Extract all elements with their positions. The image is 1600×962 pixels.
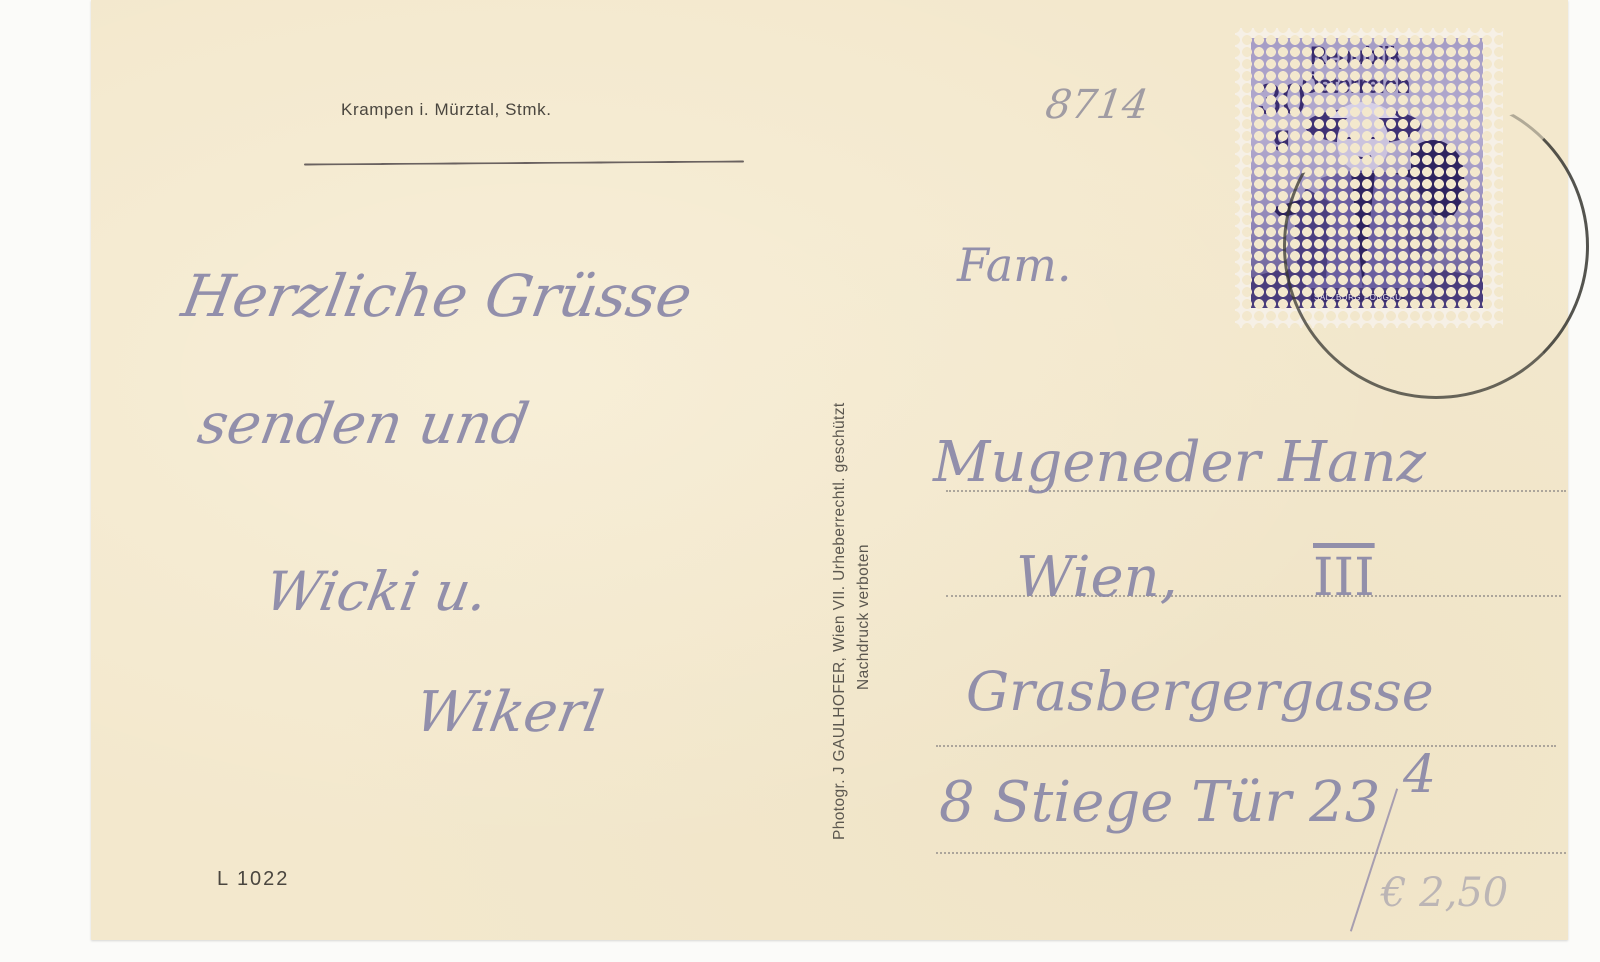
- message-line-1: Herzliche Grüsse: [177, 262, 697, 330]
- publisher-credit-line2: Nachdruck verboten: [855, 402, 873, 840]
- place-caption: Krampen i. Mürztal, Stmk.: [341, 100, 552, 120]
- message-line-2: senden und: [193, 392, 533, 457]
- postcard-back: Krampen i. Mürztal, Stmk. L 1022 Photogr…: [91, 0, 1568, 940]
- message-signature: Wikerl: [410, 680, 608, 745]
- caption-divider-line: [304, 160, 744, 165]
- reference-number: 8714: [1043, 82, 1151, 128]
- publisher-credit-line1: Photogr. J GAULHOFER, Wien VII. Urheberr…: [831, 402, 848, 840]
- address-street: Grasbergergasse: [966, 660, 1434, 723]
- price-note: € 2,50: [1381, 870, 1508, 916]
- address-district: III: [1313, 548, 1375, 608]
- card-number: L 1022: [217, 868, 289, 891]
- address-dotted-line: [936, 745, 1556, 747]
- message-line-3: Wicki u.: [260, 560, 492, 623]
- address-unit-suffix: 4: [1403, 745, 1436, 805]
- address-name: Mugeneder Hanz: [933, 430, 1426, 495]
- address-unit: 8 Stiege Tür 23: [939, 770, 1380, 835]
- address-salutation: Fam.: [957, 238, 1071, 292]
- stamp-value: 30: [1257, 78, 1306, 122]
- stamp-unit: g: [1273, 120, 1290, 152]
- publisher-credit: Photogr. J GAULHOFER, Wien VII. Urheberr…: [831, 402, 873, 840]
- address-dotted-line: [936, 852, 1566, 854]
- address-city: Wien,: [1016, 545, 1178, 610]
